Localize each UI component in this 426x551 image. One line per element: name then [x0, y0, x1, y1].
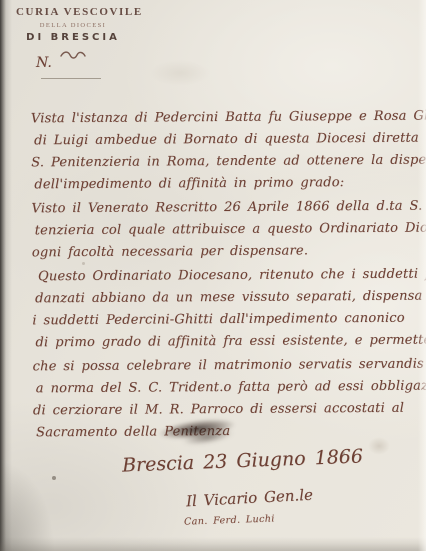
- handwritten-line: Questo Ordinariato Diocesano, ritenuto c…: [38, 264, 414, 289]
- signature-name: Can. Ferd. Luchi: [184, 513, 275, 527]
- photo-corner-shadow: [0, 461, 55, 551]
- handwritten-line: danzati abbiano da un mese vissuto separ…: [35, 286, 414, 311]
- handwritten-line: S. Penitenzieria in Roma, tendente ad ot…: [31, 150, 413, 175]
- handwritten-line: di Luigi ambedue di Bornato di questa Di…: [34, 128, 413, 153]
- handwritten-line: ogni facoltà necessaria per dispensare.: [32, 240, 414, 265]
- document-number-line: [41, 78, 101, 79]
- paragraph-dispensa: Questo Ordinariato Diocesano, ritenuto c…: [32, 264, 415, 355]
- handwritten-line: i suddetti Pedercini-Ghitti dall'impedim…: [32, 308, 414, 333]
- handwritten-line: di cerziorare il M. R. Parroco di essers…: [33, 398, 415, 423]
- paragraph-rescritto: Visto il Venerato Rescritto 26 Aprile 18…: [31, 196, 413, 265]
- paper-stain: [150, 60, 210, 86]
- letterhead-curia-title: CURIA VESCOVILE: [16, 6, 130, 18]
- handwritten-line: di primo grado di affinità fra essi esis…: [35, 330, 414, 355]
- paragraph-istanza: Vista l'istanza di Pedercini Batta fu Gi…: [31, 106, 414, 197]
- photo-edge-bottom: [0, 537, 426, 551]
- paper-speck: [82, 262, 85, 265]
- handwritten-line: a norma del S. C. Trident.o fatta però a…: [36, 376, 415, 401]
- smudged-word: Penitenza: [164, 421, 230, 443]
- flourish-ornament-icon: [16, 45, 130, 64]
- handwritten-line-text: Sacramento della: [36, 424, 157, 440]
- handwritten-line: Sacramento della Penitenza: [36, 420, 415, 445]
- paper-speck: [342, 452, 345, 455]
- photo-edge-right: [418, 0, 426, 551]
- letterhead-diocese-subtitle: DELLA DIOCESI: [16, 22, 130, 29]
- handwritten-line: Vista l'istanza di Pedercini Batta fu Gi…: [31, 106, 413, 131]
- smudged-word-text: Penitenza: [164, 424, 230, 439]
- scanned-document-page: CURIA VESCOVILE DELLA DIOCESI DI BRESCIA…: [0, 0, 426, 551]
- handwritten-line: dell'impedimento di affinità in primo gr…: [34, 172, 413, 197]
- letterhead-city-name: DI BRESCIA: [16, 32, 130, 43]
- handwritten-line: Visto il Venerato Rescritto 26 Aprile 18…: [31, 196, 413, 221]
- paper-stain: [368, 437, 390, 455]
- signature-role: Il Vicario Gen.le: [186, 486, 314, 511]
- handwritten-body: Vista l'istanza di Pedercini Batta fu Gi…: [31, 106, 415, 447]
- letterhead: CURIA VESCOVILE DELLA DIOCESI DI BRESCIA: [16, 6, 130, 64]
- document-number-label: N.: [36, 55, 52, 71]
- paragraph-matrimonio: che si possa celebrare il matrimonio ser…: [33, 354, 416, 445]
- dateline: Brescia 23 Giugno 1866: [122, 445, 364, 476]
- handwritten-line: che si possa celebrare il matrimonio ser…: [33, 354, 415, 379]
- handwritten-line: tenzieria col quale attribuisce a questo…: [35, 218, 414, 243]
